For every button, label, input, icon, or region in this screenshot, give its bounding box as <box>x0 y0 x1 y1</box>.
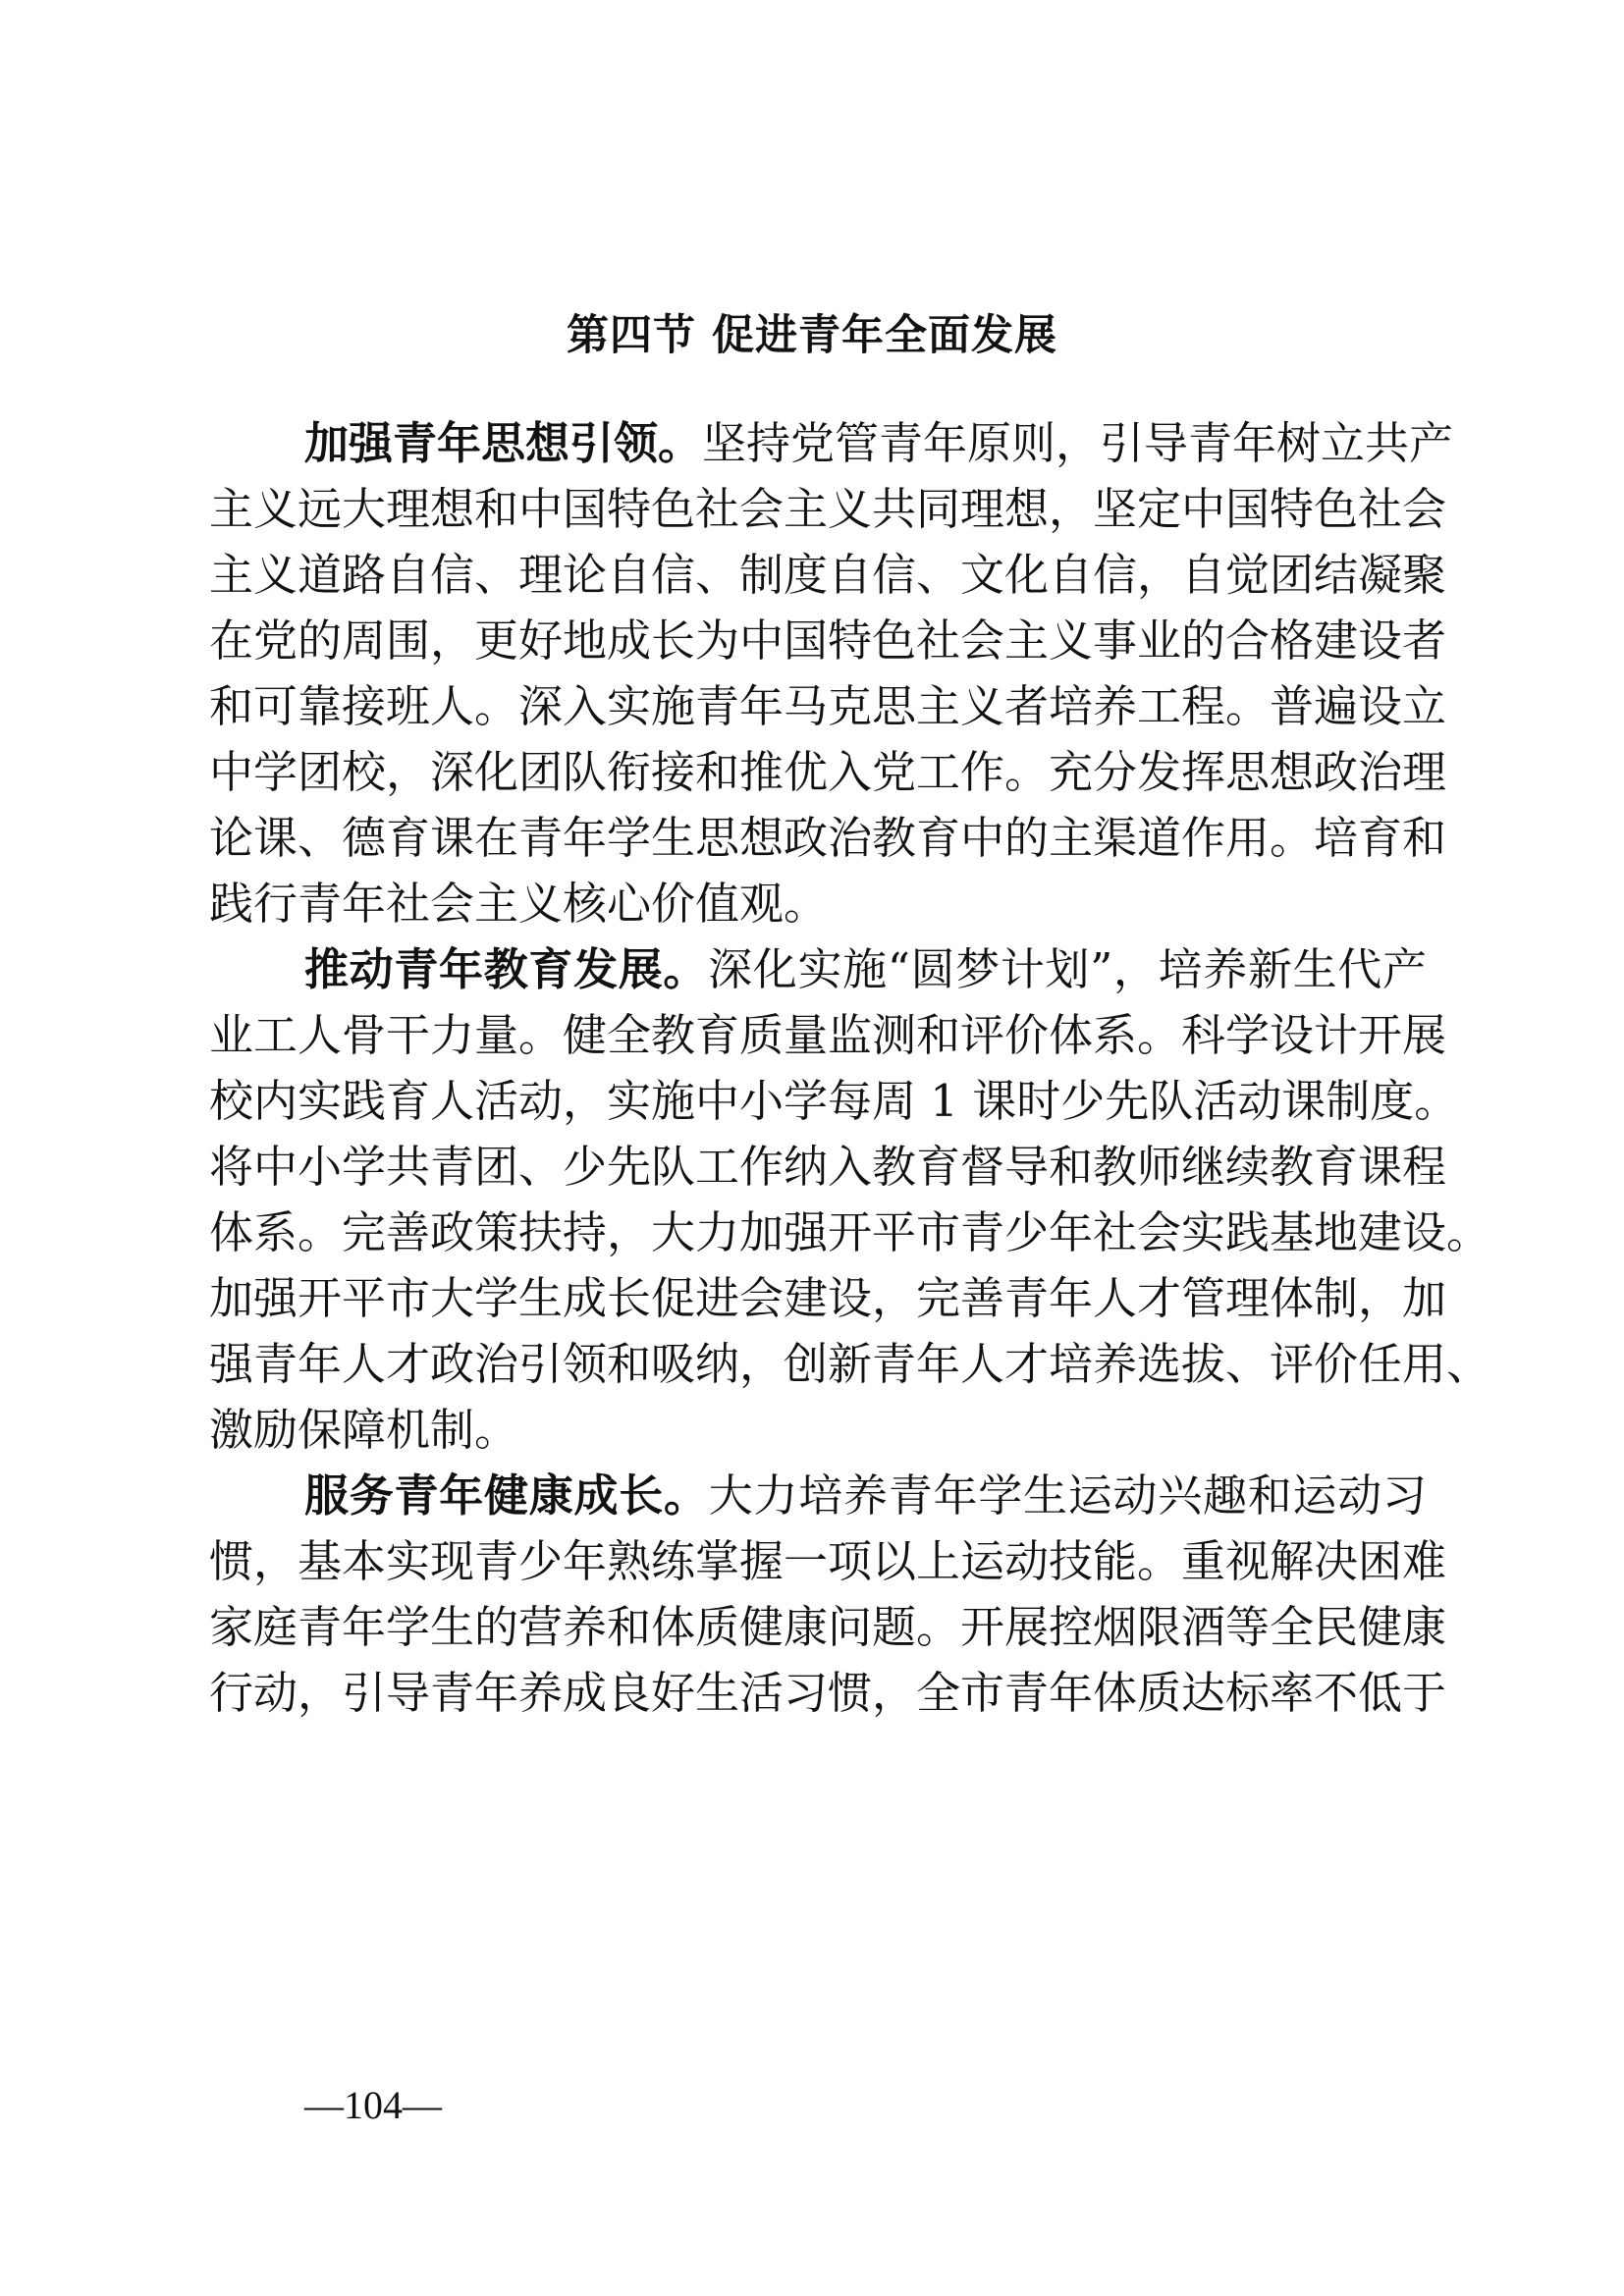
paragraph-3-line-2: 惯，基本实现青少年熟练掌握一项以上运动技能。重视解决困难 <box>209 1528 1427 1594</box>
paragraph-3-lead: 服务青年健康成长。 <box>304 1469 709 1522</box>
paragraph-1-line-4: 在党的周围，更好地成长为中国特色社会主义事业的合格建设者 <box>209 608 1427 673</box>
paragraph-3-line-3: 家庭青年学生的营养和体质健康问题。开展控烟限酒等全民健康 <box>209 1594 1427 1660</box>
paragraph-1-line-3: 主义道路自信、理论自信、制度自信、文化自信，自觉团结凝聚 <box>209 542 1427 608</box>
paragraph-3-line-4: 行动，引导青年养成良好生活习惯，全市青年体质达标率不低于 <box>209 1660 1427 1726</box>
section-title: 第四节 促进青年全面发展 <box>0 306 1624 365</box>
paragraph-text: 大力培养青年学生运动兴趣和运动习 <box>709 1469 1427 1522</box>
paragraph-2-line-3: 校内实践育人活动，实施中小学每周 1 课时少先队活动课制度。 <box>209 1068 1427 1134</box>
paragraph-text: 深化实施“圆梦计划”，培养新生代产 <box>708 943 1427 995</box>
paragraph-2-line-8: 激励保障机制。 <box>209 1397 1427 1463</box>
page-number: —104— <box>304 2081 442 2130</box>
paragraph-2-line-5: 体系。完善政策扶持，大力加强开平市青少年社会实践基地建设。 <box>209 1200 1427 1265</box>
paragraph-1-line-8: 践行青年社会主义核心价值观。 <box>209 871 1427 936</box>
paragraph-2-lead: 推动青年教育发展。 <box>304 943 708 995</box>
document-page: 第四节 促进青年全面发展 加强青年思想引领。坚持党管青年原则，引导青年树立共产 … <box>0 0 1624 2296</box>
paragraph-text: 坚持党管青年原则，引导青年树立共产 <box>702 417 1453 469</box>
paragraph-1-line-7: 论课、德育课在青年学生思想政治教育中的主渠道作用。培育和 <box>209 805 1427 871</box>
paragraph-1-line-1: 加强青年思想引领。坚持党管青年原则，引导青年树立共产 <box>304 410 1427 476</box>
paragraph-1-line-6: 中学团校，深化团队衔接和推优入党工作。充分发挥思想政治理 <box>209 739 1427 805</box>
paragraph-2-line-6: 加强开平市大学生成长促进会建设，完善青年人才管理体制，加 <box>209 1265 1427 1331</box>
paragraph-2-line-7: 强青年人才政治引领和吸纳，创新青年人才培养选拔、评价任用、 <box>209 1331 1427 1397</box>
paragraph-1-line-2: 主义远大理想和中国特色社会主义共同理想，坚定中国特色社会 <box>209 476 1427 542</box>
paragraph-2-line-1: 推动青年教育发展。深化实施“圆梦计划”，培养新生代产 <box>304 936 1427 1002</box>
paragraph-2-line-4: 将中小学共青团、少先队工作纳入教育督导和教师继续教育课程 <box>209 1134 1427 1200</box>
paragraph-3-line-1: 服务青年健康成长。大力培养青年学生运动兴趣和运动习 <box>304 1463 1427 1528</box>
paragraph-1-line-5: 和可靠接班人。深入实施青年马克思主义者培养工程。普遍设立 <box>209 673 1427 739</box>
paragraph-1-lead: 加强青年思想引领。 <box>304 417 702 469</box>
paragraph-2-line-2: 业工人骨干力量。健全教育质量监测和评价体系。科学设计开展 <box>209 1002 1427 1068</box>
